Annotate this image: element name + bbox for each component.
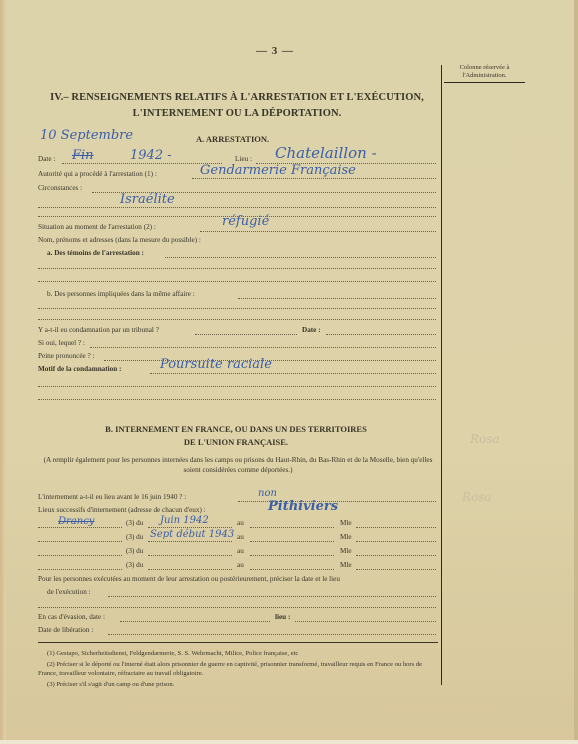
liberation-label: Date de libération : [38,626,93,634]
du-label: (3) du [126,547,143,555]
circonstances-value[interactable]: Israélite [120,192,175,207]
internement-heading-1: B. INTERNEMENT EN FRANCE, OU DANS UN DES… [36,424,436,434]
date-label: Date : [38,155,55,163]
admin-column-divider [441,65,442,685]
internement-heading-2: DE L'UNION FRANÇAISE. [36,437,436,447]
faint-stamp-1: Rosa [470,432,500,446]
lequel-label: Si oui, lequel ? : [38,339,85,347]
row-lieu[interactable]: Drancy [58,516,94,527]
impliquees-label: b. Des personnes impliquées dans la même… [47,290,195,298]
lieux-label: Lieux successifs d'internement (adresse … [38,506,206,514]
evasion-label: En cas d'évasion, date : [38,613,105,621]
motif-value[interactable]: Poursuite raciale [160,357,272,372]
matricule-label: Mle [340,533,352,541]
date-struck-value[interactable]: Fin [72,148,94,163]
date-annotation: 10 Septembre [40,128,133,143]
internement-instruction: (A remplir également pour les personnes … [38,455,438,475]
footnote-separator [38,642,438,643]
au-label: au [237,533,244,541]
matricule-label: Mle [340,547,352,555]
footnote-2: (2) Préciser si le déporté ou l'interné … [38,661,438,678]
situation-label: Situation au moment de l'arrestation (2)… [38,223,156,231]
page-edge-left [0,0,6,744]
footnote-1: (1) Gestapo, Sicherheitsdienst, Feldgend… [47,650,298,659]
du-label: (3) du [126,561,143,569]
evasion-lieu-label: lieu : [275,613,290,621]
executees-label: Pour les personnes exécutées au moment d… [38,575,340,583]
date-value[interactable]: 1942 - [130,148,172,163]
au-label: au [237,519,244,527]
situation-value[interactable]: réfugié [222,214,269,229]
section-title: IV.– RENSEIGNEMENTS RELATIFS À L'ARRESTA… [36,90,438,122]
admin-column-rule [444,82,525,83]
row-du[interactable]: Juin 1942 [160,515,209,526]
matricule-label: Mle [340,561,352,569]
document-page: — 3 — Colonne réservée à l'Administratio… [0,0,578,744]
motif-label: Motif de la condamnation : [38,365,121,373]
page-edge-bottom [0,740,578,744]
du-label: (3) du [126,519,143,527]
faint-stamp-2: Rosa [462,490,492,504]
lieu-label: Lieu : [235,155,252,163]
noms-label: Nom, prénoms et adresses (dans la mesure… [38,236,201,244]
temoins-label: a. Des témoins de l'arrestation : [47,249,144,257]
avant-label: L'internement a-t-il eu lieu avant le 16… [38,493,186,501]
lieu-value[interactable]: Chatelaillon - [275,144,377,162]
avant-value[interactable]: non [258,488,277,499]
condamnation-date-label: Date : [302,326,321,334]
row-du[interactable]: Sept début 1943 [150,529,234,540]
peine-label: Peine prononcée ? : [38,352,94,360]
matricule-label: Mle [340,519,352,527]
footnote-3: (3) Préciser s'il s'agit d'un camp ou d'… [47,681,174,690]
au-label: au [237,547,244,555]
au-label: au [237,561,244,569]
execution-label: de l'exécution : [47,588,91,596]
circonstances-label: Circonstances : [38,184,82,192]
condamnation-label: Y a-t-il eu condamnation par un tribunal… [38,326,159,334]
autorite-label: Autorité qui a procédé à l'arrestation (… [38,170,157,178]
du-label: (3) du [126,533,143,541]
lieux-value[interactable]: Pithiviers [268,499,338,514]
autorite-value[interactable]: Gendarmerie Française [200,163,356,178]
arrestation-heading: A. ARRESTATION. [196,134,269,144]
admin-column-label: Colonne réservée à l'Administration. [447,64,522,80]
page-edge-right [574,0,578,744]
page-number: — 3 — [256,45,294,57]
